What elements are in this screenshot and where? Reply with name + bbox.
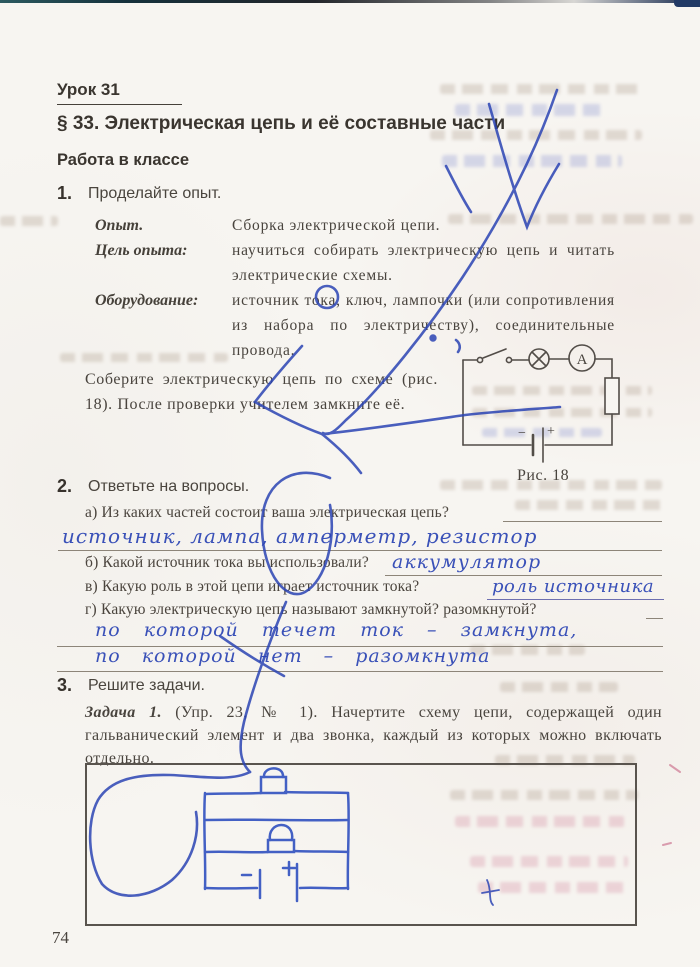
experiment-row-text: Сборка электрической цепи. [232, 213, 615, 238]
assemble-instruction: Соберите электрическую цепь по схеме (ри… [85, 367, 438, 417]
task1-label: Проделайте опыт. [88, 185, 221, 203]
question-g-id: г) [85, 601, 97, 618]
answer-rule [503, 521, 662, 522]
page-number: 74 [52, 928, 69, 948]
lamp-icon [529, 349, 549, 369]
question-a: а) Из каких частей состоит ваша электрич… [85, 504, 449, 522]
hand-drawn-circuit [85, 763, 635, 925]
lesson-heading: Урок 31 [57, 80, 182, 105]
pen-stroke [322, 434, 361, 473]
bleed-through-smudge [0, 216, 58, 226]
answer-rule [58, 550, 662, 551]
section-heading: Работа в классе [57, 151, 189, 170]
task3-number: 3. [57, 675, 72, 696]
pink-mark [670, 765, 680, 772]
scan-edge-top [0, 0, 700, 3]
problem-1-body: (Упр. 23, № 1). Начертите схему цепи, со… [85, 704, 662, 767]
bleed-through-smudge [515, 500, 665, 510]
task2-number: 2. [57, 476, 72, 497]
answer-g-line2-handwritten: по которой нет – разомкнута [95, 645, 490, 667]
bleed-through-smudge [442, 155, 622, 167]
question-g-text: Какую электрическую цепь называют замкну… [101, 601, 537, 618]
question-g: г) Какую электрическую цепь называют зам… [85, 601, 537, 619]
wire-top-4 [595, 359, 612, 378]
answer-b-handwritten: аккумулятор [392, 551, 541, 573]
battery-minus-label: − [518, 426, 526, 441]
bleed-through-smudge [440, 84, 645, 94]
question-a-id: а) [85, 504, 97, 521]
answer-rule [487, 599, 664, 600]
problem-1-text: Задача 1. (Упр. 23, № 1). Начертите схем… [85, 701, 662, 770]
ammeter-label: A [577, 352, 588, 368]
experiment-row-text: научиться собирать электрическую цепь и … [232, 238, 615, 288]
workbook-page: Урок 31 § 33. Электрическая цепь и её со… [0, 0, 700, 967]
answer-v-handwritten: роль источника [492, 576, 654, 597]
problem-1-lead: Задача 1. [85, 704, 162, 721]
resistor-icon [605, 378, 619, 414]
switch-icon [477, 349, 511, 363]
task1-number: 1. [57, 183, 72, 204]
answer-a-handwritten: источник, лампа, амперметр, резистор [62, 524, 537, 548]
question-v-text: Какую роль в этой цепи играет источник т… [102, 578, 419, 595]
battery-plus-label: + [547, 424, 555, 439]
circuit-diagram: A − + [450, 336, 665, 488]
pen-stroke [446, 166, 471, 212]
experiment-row-label: Оборудование: [95, 288, 232, 363]
question-b-id: б) [85, 554, 98, 571]
task2-label: Ответьте на вопросы. [88, 478, 249, 496]
answer-rule [57, 671, 663, 672]
wire-right [545, 414, 612, 445]
bleed-through-smudge [500, 682, 618, 692]
task3-label: Решите задачи. [88, 677, 205, 695]
question-a-text: Из каких частей состоит ваша электрическ… [102, 504, 450, 521]
experiment-row-label: Цель опыта: [95, 238, 232, 288]
pink-mark [663, 843, 671, 845]
figure-caption: Рис. 18 [517, 467, 569, 485]
question-b: б) Какой источник тока вы использовали? [85, 554, 369, 572]
question-v-id: в) [85, 578, 98, 595]
battery-icon [533, 428, 543, 462]
scan-edge-corner [674, 0, 700, 7]
answer-rule [646, 618, 663, 619]
question-b-text: Какой источник тока вы использовали? [103, 554, 369, 571]
answer-g-line1-handwritten: по которой течет ток – замкнута, [95, 619, 577, 641]
experiment-row-label: Опыт. [95, 213, 232, 238]
question-v: в) Какую роль в этой цепи играет источни… [85, 578, 419, 596]
page-title: § 33. Электрическая цепь и её составные … [57, 113, 505, 135]
